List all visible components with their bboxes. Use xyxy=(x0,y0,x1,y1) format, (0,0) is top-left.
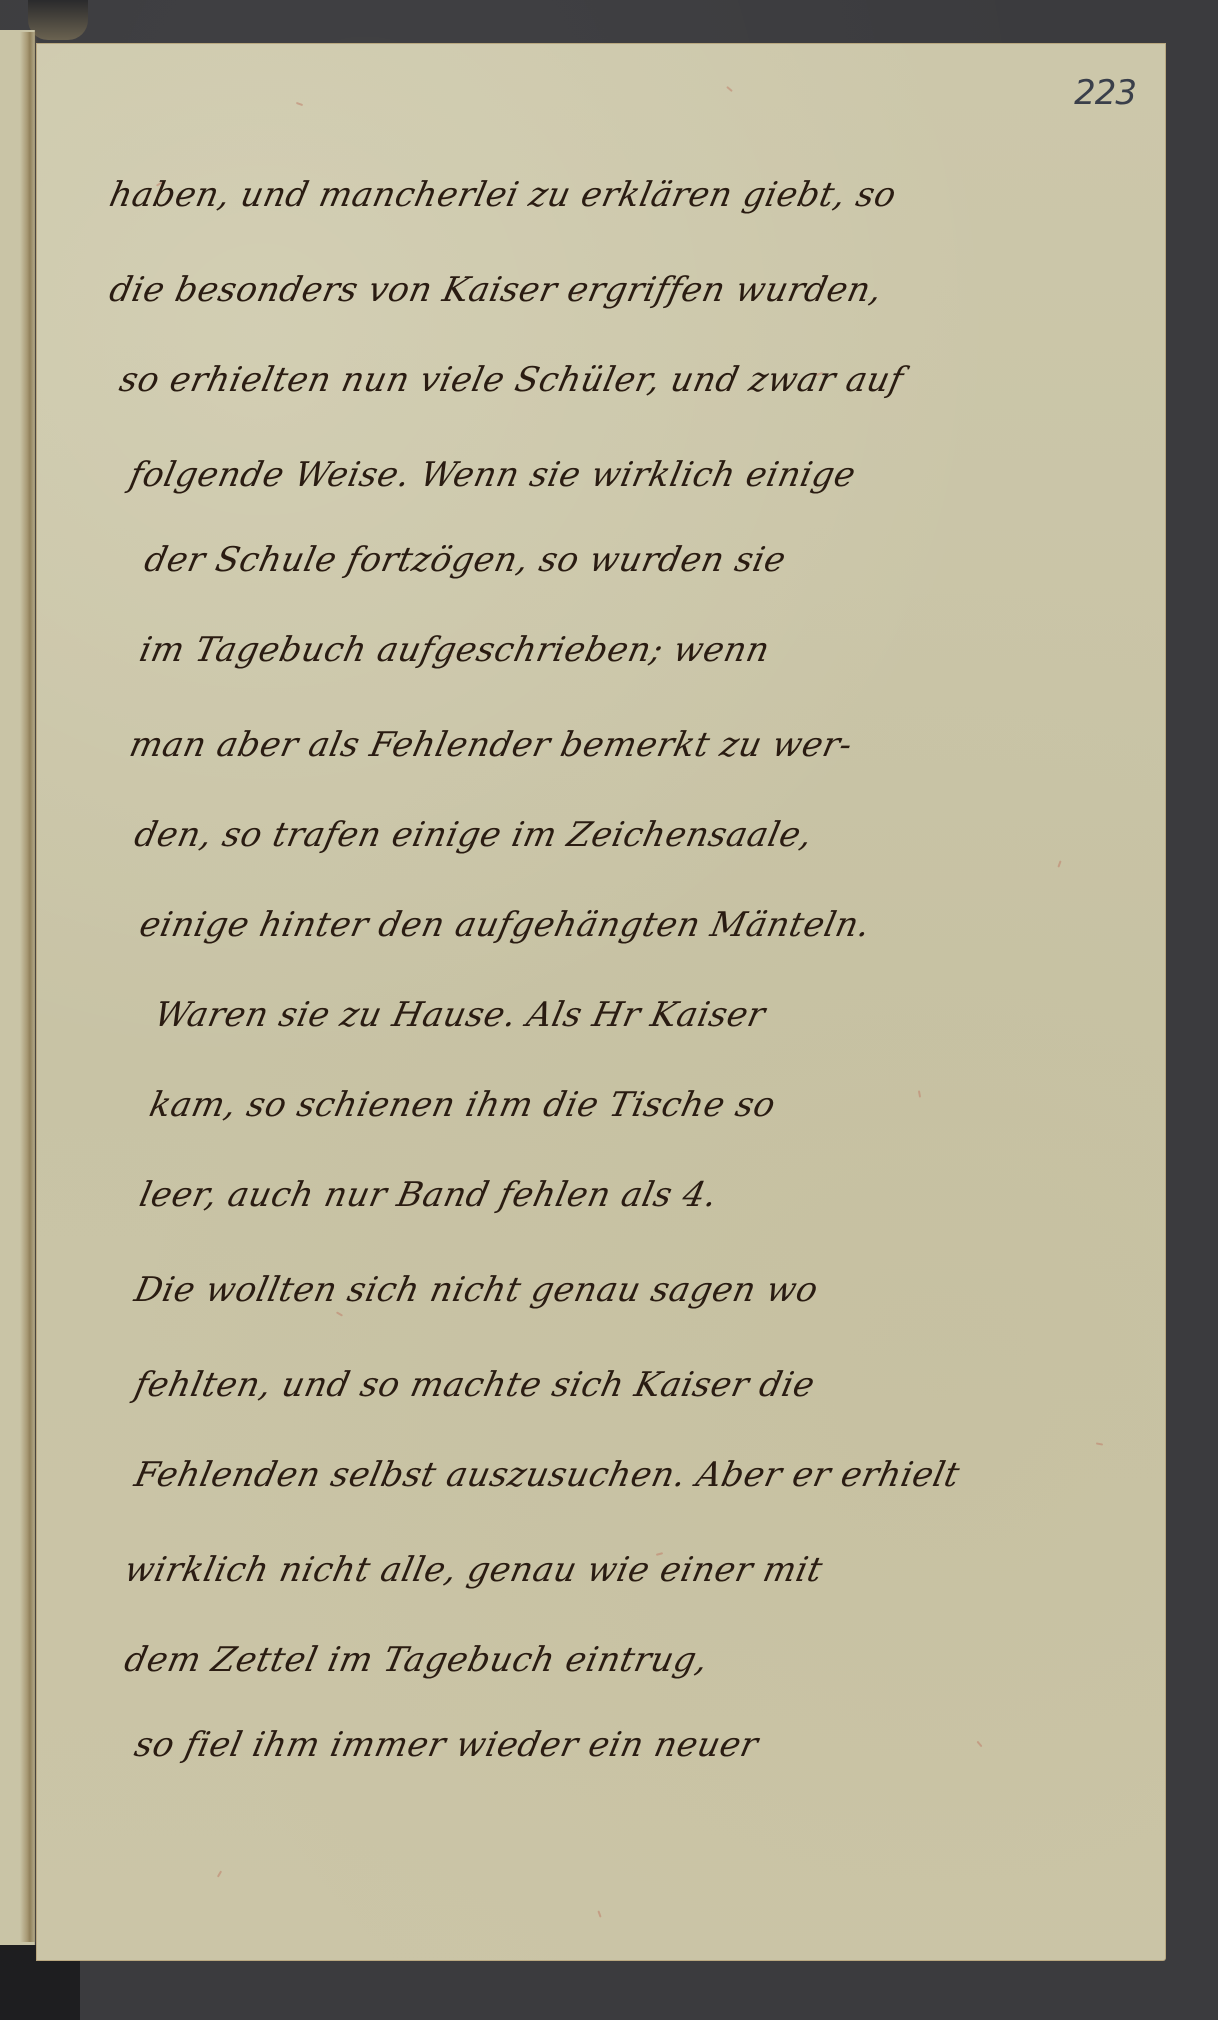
manuscript-line: dem Zettel im Tagebuch eintrug, xyxy=(121,1640,712,1680)
manuscript-line: die besonders von Kaiser ergriffen wurde… xyxy=(106,270,886,310)
manuscript-line: leer, auch nur Band fehlen als 4. xyxy=(136,1175,721,1215)
handwritten-text-block: haben, und mancherlei zu erklären giebt,… xyxy=(36,43,1166,1961)
manuscript-page: 223 haben, und mancherlei zu erklären gi… xyxy=(36,43,1166,1961)
manuscript-line: der Schule fortzögen, so wurden sie xyxy=(141,540,790,580)
manuscript-line: einige hinter den aufgehängten Mänteln. xyxy=(136,905,874,945)
manuscript-line: folgende Weise. Wenn sie wirklich einige xyxy=(126,455,859,495)
manuscript-line: wirklich nicht alle, genau wie einer mit xyxy=(121,1550,826,1590)
manuscript-line: fehlten, und so machte sich Kaiser die xyxy=(131,1365,818,1405)
manuscript-line: Die wollten sich nicht genau sagen wo xyxy=(131,1270,822,1310)
manuscript-line: Fehlenden selbst auszusuchen. Aber er er… xyxy=(131,1455,963,1495)
manuscript-line: man aber als Fehlender bemerkt zu wer- xyxy=(126,725,856,765)
manuscript-line: im Tagebuch aufgeschrieben; wenn xyxy=(136,630,773,670)
manuscript-line: kam, so schienen ihm die Tische so xyxy=(146,1085,779,1125)
manuscript-line: haben, und mancherlei zu erklären giebt,… xyxy=(106,175,900,215)
manuscript-line: Waren sie zu Hause. Als Hr Kaiser xyxy=(151,995,769,1035)
manuscript-line: so fiel ihm immer wieder ein neuer xyxy=(131,1725,762,1765)
manuscript-line: so erhielten nun viele Schüler, und zwar… xyxy=(116,360,907,400)
manuscript-line: den, so trafen einige im Zeichensaale, xyxy=(131,815,816,855)
